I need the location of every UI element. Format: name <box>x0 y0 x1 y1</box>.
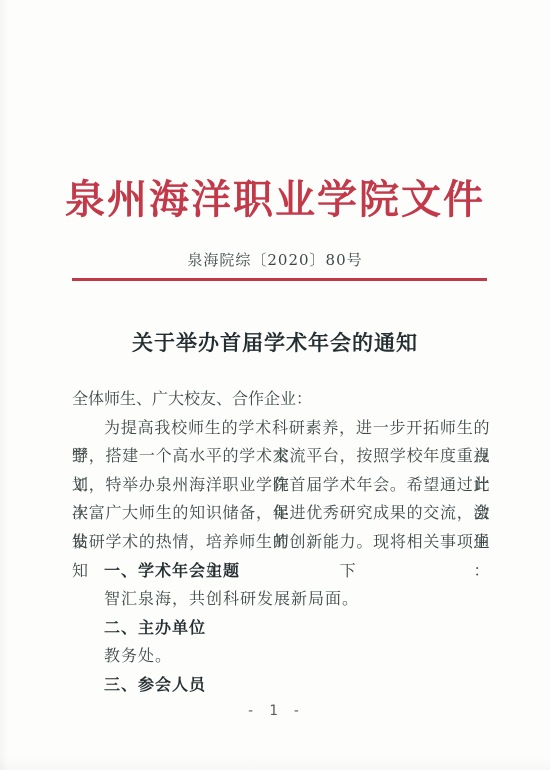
red-separator-line <box>72 278 487 281</box>
section-heading-2: 二、主办单位 <box>72 614 490 643</box>
paragraph-line: 为提高我校师生的学术科研素养，进一步开拓师生的学术视 <box>72 414 490 443</box>
paragraph-line: 钻研学术的热情，培养师生的创新能力。现将相关事项通知如下： <box>72 528 490 557</box>
paragraph-line: 丰富广大师生的知识储备，促进优秀研究成果的交流，激发师生 <box>72 499 490 528</box>
paragraph-line: 划，特举办泉州海洋职业学院首届学术年会。希望通过此次年会 <box>72 471 490 500</box>
section-heading-3: 三、参会人员 <box>72 671 490 700</box>
doc-number: 泉海院综〔2020〕80号 <box>0 249 550 270</box>
section-content-1: 智汇泉海，共创科研发展新局面。 <box>72 585 490 614</box>
page-number: - 1 - <box>0 703 550 719</box>
document-page: 泉州海洋职业学院文件 泉海院综〔2020〕80号 关于举办首届学术年会的通知 全… <box>0 0 550 770</box>
document-body: 全体师生、广大校友、合作企业： 为提高我校师生的学术科研素养，进一步开拓师生的学… <box>72 385 490 700</box>
notice-title: 关于举办首届学术年会的通知 <box>0 327 550 357</box>
salutation-line: 全体师生、广大校友、合作企业： <box>72 385 490 414</box>
section-content-2: 教务处。 <box>72 642 490 671</box>
org-title: 泉州海洋职业学院文件 <box>0 168 550 225</box>
paragraph-line: 野，搭建一个高水平的学术交流平台，按照学校年度重点工作计 <box>72 442 490 471</box>
